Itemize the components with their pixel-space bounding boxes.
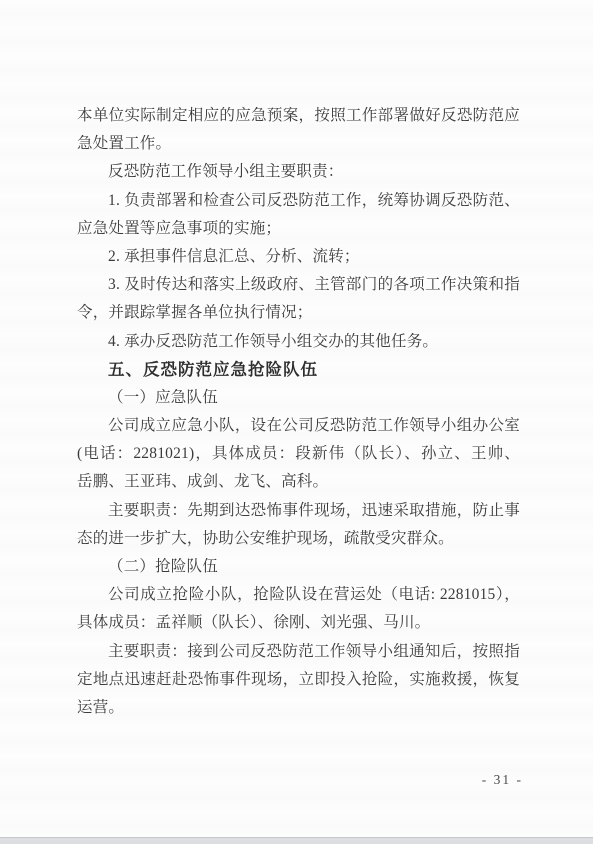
text-line: 定地点迅速赶赴恐怖事件现场，立即投入抢险，实施救援，恢复	[77, 666, 520, 694]
scan-edge-bar	[0, 837, 593, 844]
text-line: 4. 承办反恐防范工作领导小组交办的其他任务。	[77, 328, 520, 356]
text-line: 急处置工作。	[77, 130, 520, 158]
page-number: - 31 -	[482, 772, 523, 788]
text-line: 2. 承担事件信息汇总、分析、流转；	[77, 243, 520, 271]
document-text: 本单位实际制定相应的应急预案，按照工作部署做好反恐防范应急处置工作。反恐防范工作…	[77, 102, 520, 722]
text-line: （一）应急队伍	[77, 384, 520, 412]
text-line: （二）抢险队伍	[77, 553, 520, 581]
text-line: 1. 负责部署和检查公司反恐防范工作，统筹协调反恐防范、	[77, 187, 520, 215]
text-line: 运营。	[77, 694, 520, 722]
text-line: 反恐防范工作领导小组主要职责：	[77, 158, 520, 186]
text-line: 公司成立应急小队，设在公司反恐防范工作领导小组办公室	[77, 412, 520, 440]
text-line: 应急处置等应急事项的实施；	[77, 215, 520, 243]
text-line: 本单位实际制定相应的应急预案，按照工作部署做好反恐防范应	[77, 102, 520, 130]
text-line: (电话：2281021)，具体成员：段新伟（队长）、孙立、王帅、	[77, 440, 520, 468]
text-line: 主要职责：接到公司反恐防范工作领导小组通知后，按照指	[77, 638, 520, 666]
text-line: 令，并跟踪掌握各单位执行情况；	[77, 299, 520, 327]
text-line: 3. 及时传达和落实上级政府、主管部门的各项工作决策和指	[77, 271, 520, 299]
text-line: 岳鹏、王亚玮、成剑、龙飞、高科。	[77, 468, 520, 496]
text-line: 态的进一步扩大，协助公安维护现场，疏散受灾群众。	[77, 525, 520, 553]
section-heading: 五、反恐防范应急抢险队伍	[77, 356, 520, 384]
text-line: 公司成立抢险小队，抢险队设在营运处（电话: 2281015），	[77, 581, 520, 609]
text-line: 具体成员：孟祥顺（队长）、徐刚、刘光强、马川。	[77, 609, 520, 637]
text-line: 主要职责：先期到达恐怖事件现场，迅速采取措施，防止事	[77, 497, 520, 525]
